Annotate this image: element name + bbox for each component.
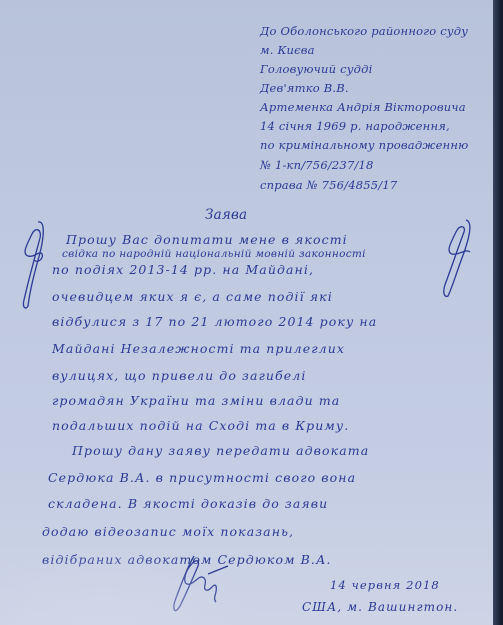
body-line: по подіях 2013-14 рр. на Майдані, bbox=[52, 262, 314, 277]
body-line: Прошу Вас допитати мене в якості bbox=[66, 232, 348, 247]
header-line-city: м. Києва bbox=[260, 43, 315, 57]
header-line-proceeding-number: № 1-кп/756/237/18 bbox=[260, 158, 374, 172]
paper-sheet: До Оболонського районного суду м. Києва … bbox=[0, 0, 493, 625]
document-title: Заява bbox=[205, 207, 247, 223]
body-line-inserted: свідка по народній національній мовній з… bbox=[62, 248, 366, 260]
body-line: складена. В якості доказів до заяви bbox=[48, 496, 328, 511]
margin-signature-right-icon bbox=[436, 218, 476, 298]
header-line-judge: Дев'ятко В.В. bbox=[260, 81, 349, 95]
header-line-case-number: справа № 756/4855/17 bbox=[260, 178, 397, 192]
header-line-presiding: Головуючий судді bbox=[260, 62, 372, 76]
body-line: Прошу дану заяву передати адвоката bbox=[72, 443, 369, 458]
body-line: вулицях, що привели до загибелі bbox=[52, 368, 306, 383]
document-date: 14 червня 2018 bbox=[330, 578, 440, 592]
margin-signature-icon bbox=[16, 220, 56, 310]
header-line-birthdate: 14 січня 1969 р. народження, bbox=[260, 119, 450, 133]
bottom-signature-icon bbox=[168, 552, 238, 622]
body-line: громадян України та зміни влади та bbox=[52, 393, 340, 408]
body-line: відібраних адвокатом Сердюком В.А. bbox=[42, 552, 332, 567]
body-line: відбулися з 17 по 21 лютого 2014 року на bbox=[52, 314, 377, 329]
body-line: Сердюка В.А. в присутності свого вона bbox=[48, 470, 356, 485]
header-line-applicant: Артеменка Андрія Вікторовича bbox=[260, 100, 466, 114]
body-line: Майдані Незалежності та прилеглих bbox=[52, 341, 345, 356]
header-line-court: До Оболонського районного суду bbox=[260, 24, 468, 38]
table-edge bbox=[493, 0, 503, 625]
body-line: очевидцем яких я є, а саме події які bbox=[52, 289, 333, 304]
body-line: додаю відеозапис моїх показань, bbox=[42, 524, 294, 539]
document-place: США, м. Вашингтон. bbox=[302, 600, 458, 614]
header-line-proceeding: по кримінальному провадженню bbox=[260, 138, 469, 152]
body-line: подальших подій на Сході та в Криму. bbox=[52, 418, 349, 433]
